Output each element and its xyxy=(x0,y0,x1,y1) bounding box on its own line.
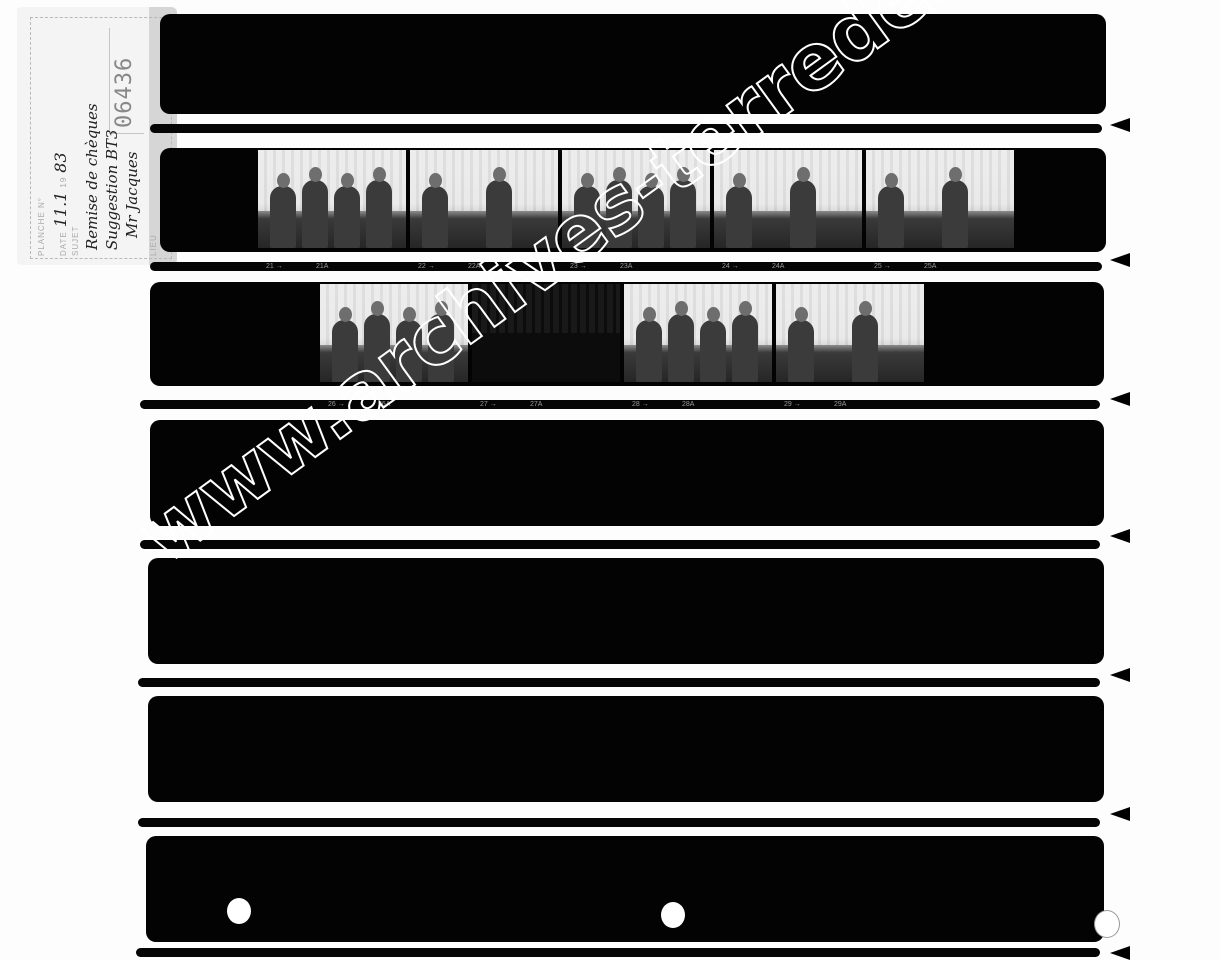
year-value: 83 xyxy=(51,152,70,172)
film-strip xyxy=(148,558,1104,664)
photo-frame-21 xyxy=(258,150,406,248)
label-card: 06436 PLANCHE N° DATE 11.1 19 83 SUJET R… xyxy=(17,7,177,265)
frame-number-label: 23A xyxy=(620,263,632,270)
person-figure xyxy=(726,186,752,248)
punch-hole xyxy=(1094,910,1120,938)
frame-number-label: 25 → xyxy=(874,263,891,270)
person-figure xyxy=(422,186,448,248)
person-figure xyxy=(636,320,662,382)
subject-line-1: Remise de chèques xyxy=(83,103,101,250)
person-figure xyxy=(878,186,904,248)
film-strip xyxy=(146,836,1104,942)
frame-number-label: 21 → xyxy=(266,263,283,270)
film-rebate xyxy=(138,678,1100,687)
person-figure xyxy=(942,180,968,248)
date-label: DATE xyxy=(59,231,68,256)
contact-sheet: 06436 PLANCHE N° DATE 11.1 19 83 SUJET R… xyxy=(0,0,1220,960)
frame-number-label: 29 → xyxy=(784,401,801,408)
frame-number-label: 25A xyxy=(924,263,936,270)
film-strip xyxy=(160,14,1106,114)
frame-number-label: 21A xyxy=(316,263,328,270)
photo-frame-25 xyxy=(866,150,1014,248)
film-rebate xyxy=(150,124,1102,133)
photo-frame-29 xyxy=(776,284,924,382)
punch-hole xyxy=(661,902,685,928)
triangle-left-icon xyxy=(1110,118,1130,132)
person-figure xyxy=(788,320,814,382)
date-value: 11.1 xyxy=(51,192,70,228)
person-figure xyxy=(790,180,816,248)
sheet-number-box: 06436 xyxy=(109,28,144,134)
frame-number-label: 27A xyxy=(530,401,542,408)
frame-number-label: 28A xyxy=(682,401,694,408)
person-figure xyxy=(732,314,758,382)
frame-number-label: 24A xyxy=(772,263,784,270)
person-figure xyxy=(852,314,878,382)
planche-label: PLANCHE N° xyxy=(37,197,46,256)
frame-number-label: 27 → xyxy=(480,401,497,408)
person-figure xyxy=(668,314,694,382)
date-row: DATE 11.1 19 83 xyxy=(51,152,70,256)
frame-number-label: 28 → xyxy=(632,401,649,408)
frame-number-label: 29A xyxy=(834,401,846,408)
year-prefix: 19 xyxy=(59,177,68,188)
triangle-left-icon xyxy=(1110,529,1130,543)
person-figure xyxy=(334,186,360,248)
frame-number-label: 22 → xyxy=(418,263,435,270)
film-rebate xyxy=(140,540,1100,549)
sheet-number: 06436 xyxy=(112,57,137,128)
person-figure xyxy=(270,186,296,248)
triangle-left-icon xyxy=(1110,392,1130,406)
triangle-left-icon xyxy=(1110,946,1130,960)
triangle-left-icon xyxy=(1110,668,1130,682)
film-strip xyxy=(148,696,1104,802)
punch-hole xyxy=(227,898,251,924)
photo-frame-28 xyxy=(624,284,772,382)
label-card-frame: 06436 PLANCHE N° DATE 11.1 19 83 SUJET R… xyxy=(30,17,172,259)
sujet-label: SUJET xyxy=(71,226,80,256)
triangle-left-icon xyxy=(1110,807,1130,821)
frame-number-label: 24 → xyxy=(722,263,739,270)
person-figure xyxy=(700,320,726,382)
triangle-left-icon xyxy=(1110,253,1130,267)
person-figure xyxy=(302,180,328,248)
film-rebate xyxy=(136,948,1100,957)
subject-line-2: Suggestion BT3 xyxy=(103,129,121,250)
subject-line-3: Mr Jacques xyxy=(123,152,141,239)
film-rebate: 21 →21A22 →22A23 →23A24 →24A25 →25A xyxy=(150,262,1102,271)
lieu-label: LIEU xyxy=(149,234,158,256)
person-figure xyxy=(366,180,392,248)
film-rebate xyxy=(138,818,1100,827)
